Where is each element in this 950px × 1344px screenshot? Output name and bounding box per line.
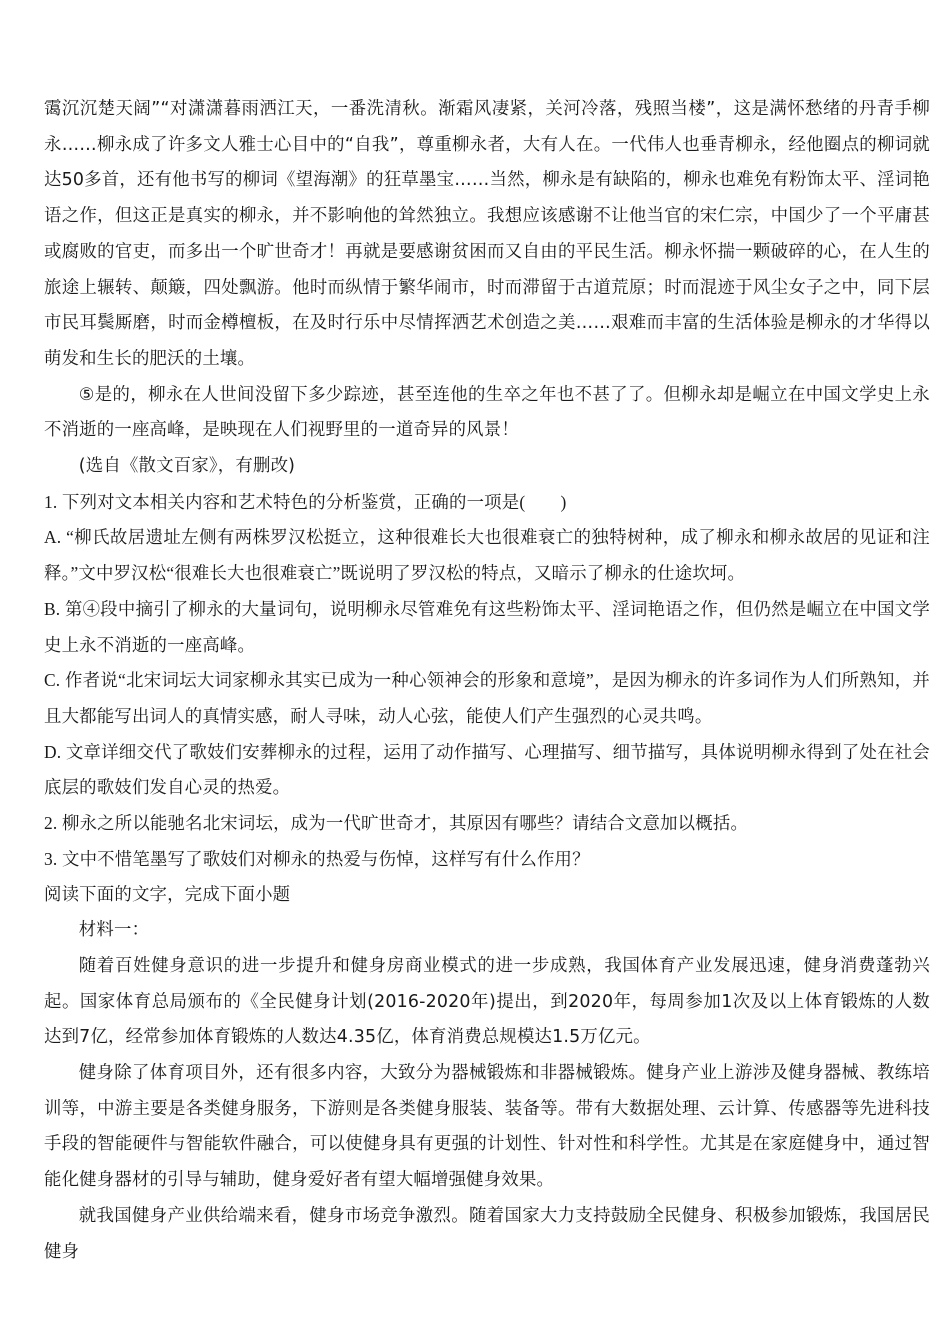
essay-paragraph-5: ⑤是的，柳永在人世间没留下多少踪迹，甚至连他的生卒之年也不甚了了。但柳永却是崛立… xyxy=(44,378,930,449)
material-1-paragraph-2: 健身除了体育项目外，还有很多内容，大致分为器械锻炼和非器械锻炼。健身产业上游涉及… xyxy=(44,1056,930,1199)
exam-page: 霭沉沉楚天阔”“对潇潇暮雨洒江天，一番洗清秋。渐霜风凄紧，关河冷落，残照当楼”，… xyxy=(0,0,950,1344)
material-1-heading: 材料一： xyxy=(44,913,930,949)
material-1-paragraph-1: 随着百姓健身意识的进一步提升和健身房商业模式的进一步成熟，我国体育产业发展迅速，… xyxy=(44,949,930,1056)
reading-instruction: 阅读下面的文字，完成下面小题 xyxy=(44,877,930,913)
question-1-option-a: A. “柳氏故居遗址左侧有两株罗汉松挺立，这种很难长大也很难衰亡的独特树种，成了… xyxy=(44,520,930,591)
question-1-option-d: D. 文章详细交代了歌妓们安葬柳永的过程，运用了动作描写、心理描写、细节描写，具… xyxy=(44,735,930,806)
question-3: 3. 文中不惜笔墨写了歌妓们对柳永的热爱与伤悼，这样写有什么作用？ xyxy=(44,842,930,878)
material-1-paragraph-3: 就我国健身产业供给端来看，健身市场竞争激烈。随着国家大力支持鼓励全民健身、积极参… xyxy=(44,1199,930,1270)
essay-source-attribution: (选自《散文百家》，有删改) xyxy=(44,449,930,485)
question-1: 1. 下列对文本相关内容和艺术特色的分析鉴赏，正确的一项是( ) xyxy=(44,485,930,521)
essay-paragraph-continued: 霭沉沉楚天阔”“对潇潇暮雨洒江天，一番洗清秋。渐霜风凄紧，关河冷落，残照当楼”，… xyxy=(44,92,930,378)
question-1-option-c: C. 作者说“北宋词坛大词家柳永其实已成为一种心领神会的形象和意境”，是因为柳永… xyxy=(44,663,930,734)
question-1-option-b: B. 第④段中摘引了柳永的大量词句，说明柳永尽管难免有这些粉饰太平、淫词艳语之作… xyxy=(44,592,930,663)
question-2: 2. 柳永之所以能驰名北宋词坛，成为一代旷世奇才，其原因有哪些？请结合文意加以概… xyxy=(44,806,930,842)
